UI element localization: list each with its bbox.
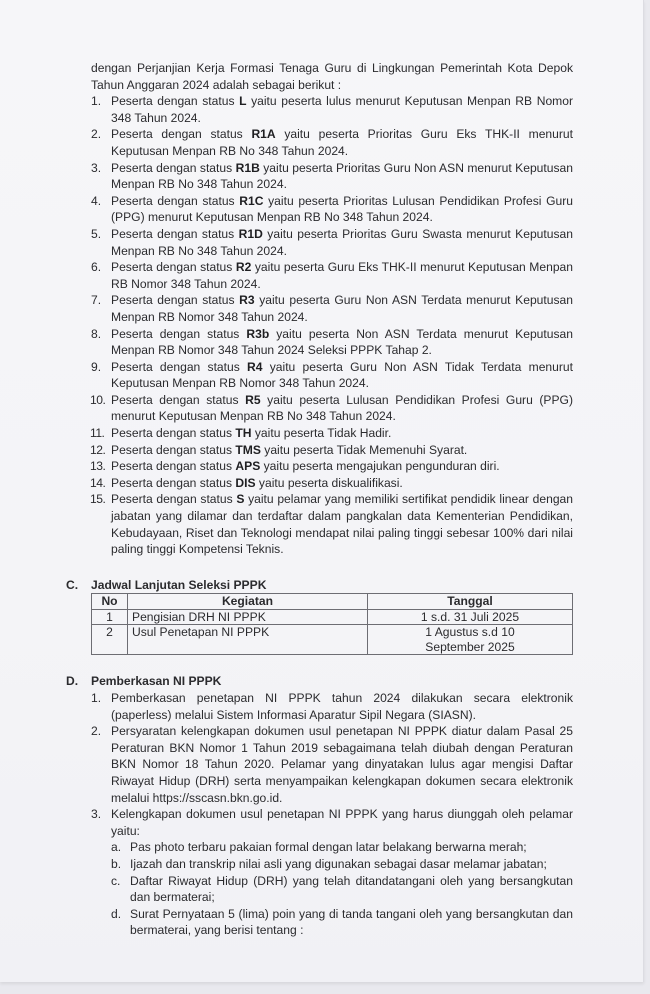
- status-item: 6.Peserta dengan status R2 yaitu peserta…: [91, 259, 573, 292]
- column-header: Kegiatan: [128, 594, 368, 610]
- cell-no: 2: [92, 625, 128, 655]
- status-code: TH: [235, 426, 251, 440]
- status-code: R3: [239, 293, 254, 307]
- table-header-row: No Kegiatan Tanggal: [92, 594, 573, 610]
- cell-kegiatan: Usul Penetapan NI PPPK: [128, 625, 368, 655]
- cell-tanggal: 1 Agustus s.d 10 September 2025: [368, 625, 573, 655]
- pemberkasan-item: 1.Pemberkasan penetapan NI PPPK tahun 20…: [91, 690, 573, 723]
- requirement-item: d.Surat Pernyataan 5 (lima) poin yang di…: [111, 906, 573, 939]
- status-code: R1B: [236, 161, 260, 175]
- status-code: R2: [236, 260, 251, 274]
- cell-kegiatan: Pengisian DRH NI PPPK: [128, 609, 368, 625]
- schedule-table: No Kegiatan Tanggal 1 Pengisian DRH NI P…: [91, 593, 573, 655]
- status-item: 2.Peserta dengan status R1A yaitu pesert…: [91, 126, 573, 159]
- status-code: APS: [235, 459, 260, 473]
- document-requirements-list: a.Pas photo terbaru pakaian formal denga…: [111, 839, 573, 939]
- status-code: R1D: [239, 227, 263, 241]
- requirement-item: b.Ijazah dan transkrip nilai asli yang d…: [111, 856, 573, 873]
- status-code: R1C: [239, 194, 263, 208]
- section-d-heading: D.Pemberkasan NI PPPK: [66, 673, 573, 690]
- status-code: DIS: [235, 476, 255, 490]
- status-item: 15.Peserta dengan status S yaitu pelamar…: [91, 491, 573, 557]
- document-content: dengan Perjanjian Kerja Formasi Tenaga G…: [91, 60, 573, 939]
- status-code: R5: [245, 393, 260, 407]
- section-c: C.Jadwal Lanjutan Seleksi PPPK No Kegiat…: [91, 577, 573, 656]
- status-item: 3.Peserta dengan status R1B yaitu pesert…: [91, 160, 573, 193]
- status-code: R1A: [251, 127, 275, 141]
- pemberkasan-list: 1.Pemberkasan penetapan NI PPPK tahun 20…: [91, 690, 573, 939]
- cell-no: 1: [92, 609, 128, 625]
- status-list: 1.Peserta dengan status L yaitu peserta …: [91, 93, 573, 558]
- status-code: TMS: [235, 443, 261, 457]
- status-item: 1.Peserta dengan status L yaitu peserta …: [91, 93, 573, 126]
- column-header: No: [92, 594, 128, 610]
- table-row: 1 Pengisian DRH NI PPPK 1 s.d. 31 Juli 2…: [92, 609, 573, 625]
- status-item: 9.Peserta dengan status R4 yaitu peserta…: [91, 359, 573, 392]
- intro-paragraph: dengan Perjanjian Kerja Formasi Tenaga G…: [91, 60, 573, 93]
- status-item: 7.Peserta dengan status R3 yaitu peserta…: [91, 292, 573, 325]
- status-item: 13.Peserta dengan status APS yaitu peser…: [91, 458, 573, 475]
- status-item: 4.Peserta dengan status R1C yaitu pesert…: [91, 193, 573, 226]
- cell-tanggal: 1 s.d. 31 Juli 2025: [368, 609, 573, 625]
- pemberkasan-item: 2.Persyaratan kelengkapan dokumen usul p…: [91, 723, 573, 806]
- requirement-item: a.Pas photo terbaru pakaian formal denga…: [111, 839, 573, 856]
- table-row: 2 Usul Penetapan NI PPPK 1 Agustus s.d 1…: [92, 625, 573, 655]
- status-item: 12.Peserta dengan status TMS yaitu peser…: [91, 442, 573, 459]
- status-item: 5.Peserta dengan status R1D yaitu pesert…: [91, 226, 573, 259]
- status-item: 10.Peserta dengan status R5 yaitu pesert…: [91, 392, 573, 425]
- status-code: R4: [247, 360, 262, 374]
- document-page: dengan Perjanjian Kerja Formasi Tenaga G…: [0, 0, 644, 982]
- section-c-heading: C.Jadwal Lanjutan Seleksi PPPK: [66, 577, 573, 594]
- status-item: 14.Peserta dengan status DIS yaitu peser…: [91, 475, 573, 492]
- column-header: Tanggal: [368, 594, 573, 610]
- status-item: 8.Peserta dengan status R3b yaitu pesert…: [91, 326, 573, 359]
- pemberkasan-item: 3.Kelengkapan dokumen usul penetapan NI …: [91, 806, 573, 939]
- status-code: R3b: [246, 327, 269, 341]
- status-item: 11.Peserta dengan status TH yaitu pesert…: [91, 425, 573, 442]
- requirement-item: c.Daftar Riwayat Hidup (DRH) yang telah …: [111, 873, 573, 906]
- section-d: D.Pemberkasan NI PPPK 1.Pemberkasan pene…: [91, 673, 573, 939]
